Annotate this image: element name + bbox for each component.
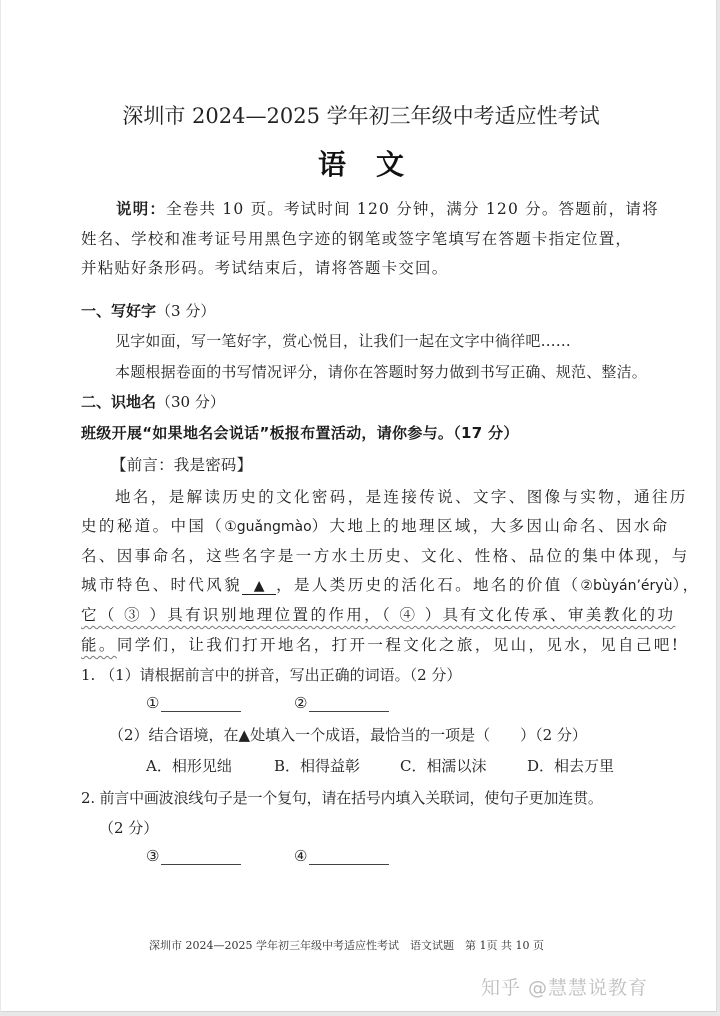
- preface-line-1: 地名，是解读历史的文化密码，是连接传说、文字、图像与实物，通往历: [115, 485, 688, 507]
- circled-number-3: ③: [146, 847, 159, 865]
- answer-blank-2[interactable]: ②: [294, 694, 389, 712]
- circled-number-4: ④: [294, 847, 307, 865]
- answer-line-4[interactable]: [309, 850, 389, 865]
- preface-title: 【前言：我是密码】: [111, 453, 252, 475]
- answer-blank-3[interactable]: ③: [146, 847, 241, 865]
- preface-text: ），: [672, 576, 700, 594]
- pinyin-2: ②bùyán’éryù: [580, 578, 672, 594]
- preface-text: ，是人类历史的活化石。地名的价值（: [276, 576, 580, 594]
- answer-blank-4[interactable]: ④: [294, 847, 389, 865]
- pinyin-1: ①guǎngmào: [224, 519, 311, 535]
- section-2-points: （30 分）: [156, 393, 225, 411]
- preface-text: 城市特色、时代风貌: [81, 576, 242, 594]
- wavy-underlined-sentence: 它（ ③ ）具有识别地理位置的作用，（ ④ ）具有文化传承、审美教化的功: [81, 606, 675, 624]
- section-1-points: （3 分）: [156, 302, 215, 320]
- notice-line-1: 说明：全卷共 10 页。考试时间 120 分钟，满分 120 分。答题前，请将: [116, 197, 659, 219]
- answer-blank-1[interactable]: ①: [146, 694, 241, 712]
- section-1-line-1: 见字如面，写一笔好字，赏心悦目，让我们一起在文字中徜徉吧……: [115, 330, 571, 351]
- preface-text: 同学们，让我们打开地名，打开一程文化之旅，见山，见水，见自己吧!: [117, 636, 681, 654]
- notice-line-3: 并粘贴好条形码。考试结束后，请将答题卡交回。: [81, 256, 448, 278]
- section-1-line-2: 本题根据卷面的书写情况评分，请你在答题时努力做到书写正确、规范、整洁。: [115, 361, 647, 382]
- section-2-task: 班级开展“如果地名会说话”板报布置活动，请你参与。（17 分）: [81, 422, 519, 443]
- question-1-part-1: 1. （1）请根据前言中的拼音，写出正确的词语。（2 分）: [81, 664, 461, 685]
- section-1-title: 一、写好字: [81, 302, 156, 320]
- option-b[interactable]: B．相得益彰: [274, 755, 360, 776]
- notice-text-1: 全卷共 10 页。考试时间 120 分钟，满分 120 分。答题前，请将: [166, 200, 659, 218]
- exam-page: 深圳市 2024—2025 学年初三年级中考适应性考试 语文 说明：全卷共 10…: [1, 0, 717, 1012]
- page-footer: 深圳市 2024—2025 学年初三年级中考适应性考试 语文试题 第 1页 共 …: [149, 937, 544, 953]
- section-1-heading: 一、写好字（3 分）: [81, 300, 215, 321]
- notice-line-2: 姓名、学校和准考证号用黑色字迹的钢笔或签字笔填写在答题卡指定位置，: [81, 227, 632, 249]
- watermark: 知乎 @慧慧说教育: [481, 973, 648, 1000]
- option-c[interactable]: C．相濡以沫: [400, 755, 486, 776]
- subject-title: 语文: [1, 143, 720, 183]
- notice-label: 说明：: [116, 200, 166, 218]
- circled-number-1: ①: [146, 694, 159, 712]
- answer-line-1[interactable]: [161, 697, 241, 712]
- answer-line-3[interactable]: [161, 850, 241, 865]
- preface-text: 史的秘道。中国（: [81, 517, 224, 535]
- circled-number-2: ②: [294, 694, 307, 712]
- question-2-line-1: 2. 前言中画波浪线句子是一个复句，请在括号内填入关联词，使句子更加连贯。: [81, 787, 603, 808]
- option-a[interactable]: A．相形见绌: [146, 755, 232, 776]
- preface-line-6: 能。同学们，让我们打开地名，打开一程文化之旅，见山，见水，见自己吧!: [81, 633, 680, 655]
- wavy-underlined-sentence-end: 能。: [81, 636, 117, 654]
- preface-text: ）大地上的地理区域，大多因山命名、因水命: [312, 517, 670, 535]
- answer-line-2[interactable]: [309, 697, 389, 712]
- section-2-title: 二、识地名: [81, 393, 156, 411]
- option-d[interactable]: D．相去万里: [527, 755, 614, 776]
- exam-title: 深圳市 2024—2025 学年初三年级中考适应性考试: [1, 100, 720, 130]
- preface-line-4: 城市特色、时代风貌▲，是人类历史的活化石。地名的价值（②bùyán’éryù），: [81, 573, 701, 595]
- triangle-blank: ▲: [242, 578, 276, 595]
- preface-line-2: 史的秘道。中国（①guǎngmào）大地上的地理区域，大多因山命名、因水命: [81, 514, 670, 536]
- question-2-points: （2 分）: [99, 817, 158, 838]
- question-1-part-2: （2）结合语境，在▲处填入一个成语，最恰当的一项是（ ）（2 分）: [109, 724, 587, 745]
- preface-line-5: 它（ ③ ）具有识别地理位置的作用，（ ④ ）具有文化传承、审美教化的功: [81, 603, 675, 625]
- preface-line-3: 名、因事命名，这些名字是一方水土历史、文化、性格、品位的集中体现，与: [81, 544, 690, 566]
- section-2-heading: 二、识地名（30 分）: [81, 391, 225, 412]
